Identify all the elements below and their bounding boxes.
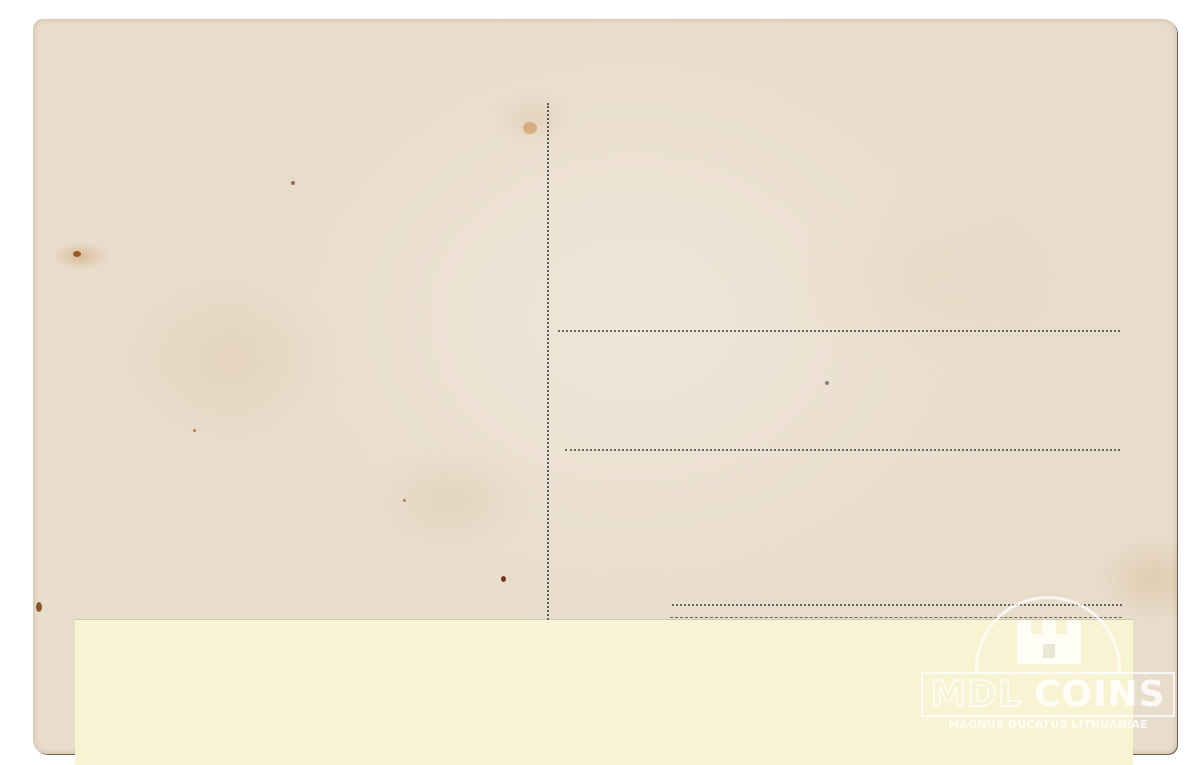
castle-gate-icon xyxy=(1017,620,1081,664)
foxing-stain xyxy=(291,181,295,185)
foxing-stain xyxy=(825,381,829,385)
divider-line xyxy=(547,103,549,623)
address-line-2 xyxy=(565,449,1120,451)
address-line-1 xyxy=(558,330,1120,332)
foxing-stain xyxy=(36,602,42,612)
foxing-stain xyxy=(193,429,196,432)
watermark-brand-outline: MDL xyxy=(930,677,1022,713)
watermark-tagline: MAGNUS DUCATUS LITHUANIAE xyxy=(921,718,1175,731)
watermark-brand-fill: COINS xyxy=(1034,677,1165,713)
foxing-stain xyxy=(403,499,406,502)
watermark-brand-box: MDL COINS xyxy=(921,672,1175,717)
foxing-stain xyxy=(73,251,81,257)
foxing-stain xyxy=(501,576,506,582)
foxing-stain xyxy=(523,122,537,134)
